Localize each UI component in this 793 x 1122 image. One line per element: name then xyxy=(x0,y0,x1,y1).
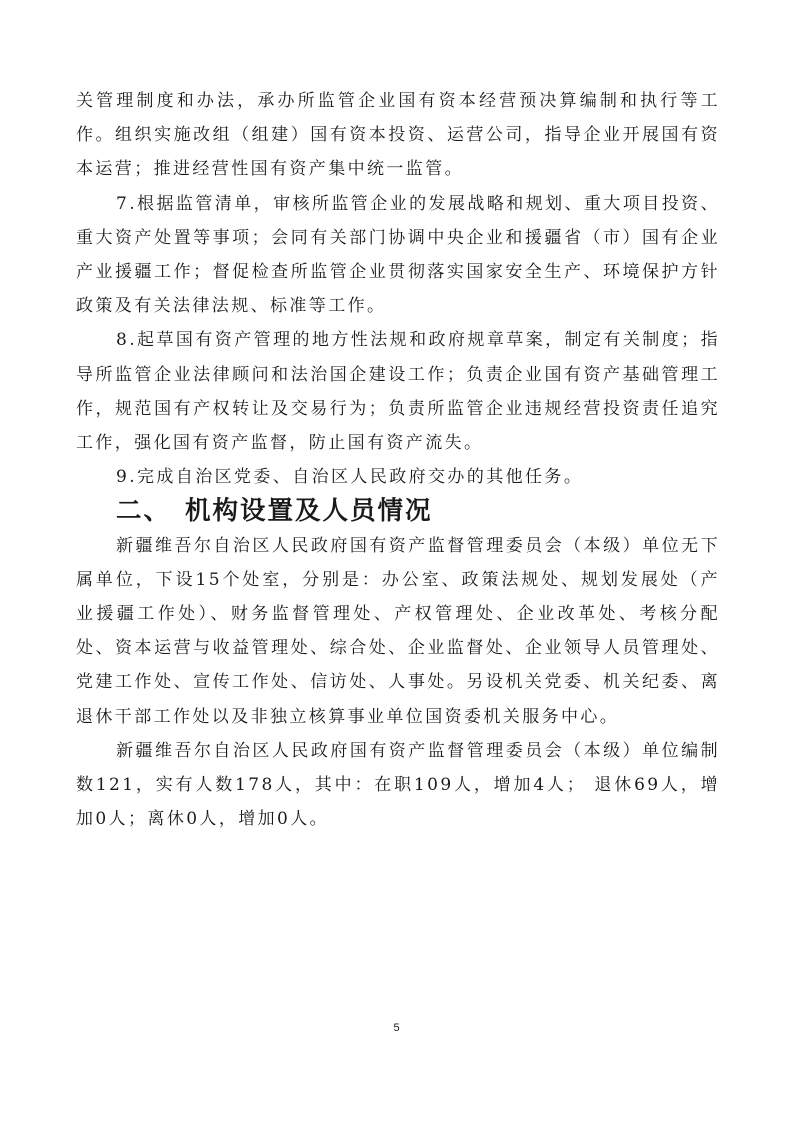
section-number: 二、 xyxy=(116,496,171,526)
paragraph-item-7: 7.根据监管清单，审核所监管企业的发展战略和规划、重大项目投资、重大资产处置等事… xyxy=(76,187,720,324)
page-number: 5 xyxy=(0,1022,793,1034)
document-page: 关管理制度和办法，承办所监管企业国有资本经营预决算编制和执行等工作。组织实施改组… xyxy=(76,84,720,836)
paragraph-item-9: 9.完成自治区党委、自治区人民政府交办的其他任务。 xyxy=(76,460,720,494)
paragraph-structure: 新疆维吾尔自治区人民政府国有资产监督管理委员会（本级）单位无下属单位，下设15个… xyxy=(76,529,720,734)
paragraph-staffing: 新疆维吾尔自治区人民政府国有资产监督管理委员会（本级）单位编制数121，实有人数… xyxy=(76,734,720,837)
paragraph-item-8: 8.起草国有资产管理的地方性法规和政府规章草案，制定有关制度；指导所监管企业法律… xyxy=(76,323,720,460)
paragraph-continuation: 关管理制度和办法，承办所监管企业国有资本经营预决算编制和执行等工作。组织实施改组… xyxy=(76,84,720,187)
section-heading: 二、机构设置及人员情况 xyxy=(76,494,720,528)
section-title: 机构设置及人员情况 xyxy=(185,496,433,526)
